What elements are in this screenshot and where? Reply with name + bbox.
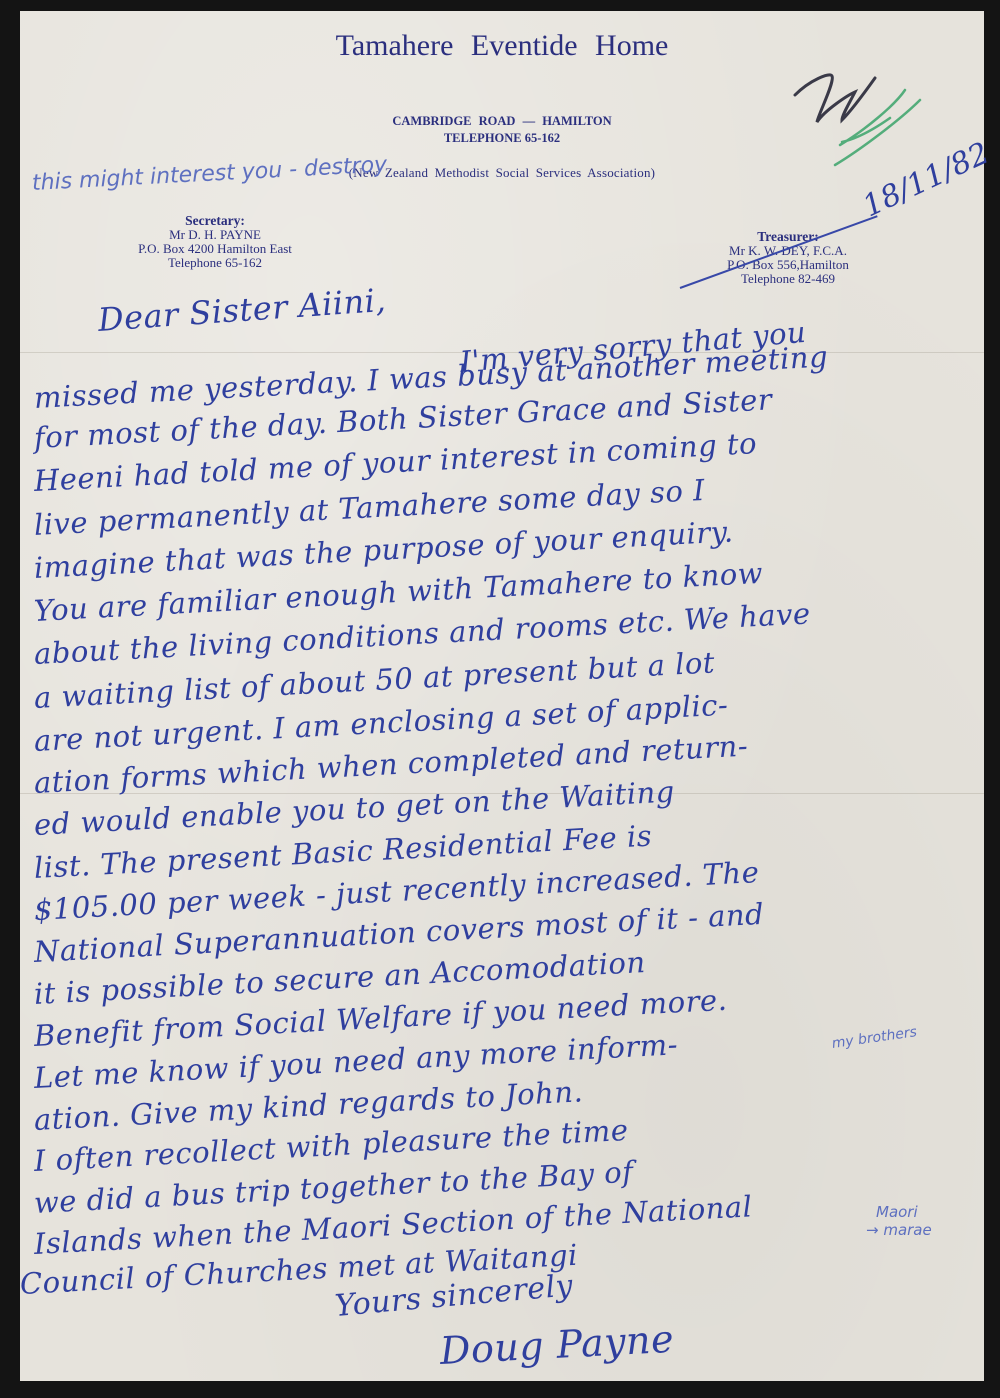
treasurer-role: Treasurer: (688, 230, 888, 244)
margin-note-line1: Maori (876, 1203, 918, 1221)
insert-above-line: my brothers (831, 1024, 918, 1052)
treasurer-block: Treasurer: Mr K. W. DEY, F.C.A. P.O. Box… (688, 230, 888, 286)
top-note-annotation: this might interest you - destroy (31, 152, 387, 196)
signature: Doug Payne (439, 1317, 675, 1373)
treasurer-address: P.O. Box 556,Hamilton (688, 258, 888, 272)
salutation: Dear Sister Aiini, (97, 281, 388, 339)
initials-mark-icon (780, 60, 940, 180)
letter-page: Tamahere Eventide Home CAMBRIDGE ROAD — … (20, 11, 984, 1381)
margin-note-line2: → marae (866, 1221, 932, 1239)
secretary-block: Secretary: Mr D. H. PAYNE P.O. Box 4200 … (105, 214, 325, 270)
secretary-name: Mr D. H. PAYNE (105, 228, 325, 242)
secretary-telephone: Telephone 65-162 (105, 256, 325, 270)
secretary-address: P.O. Box 4200 Hamilton East (105, 242, 325, 256)
letterhead-title: Tamahere Eventide Home (20, 29, 984, 63)
treasurer-name: Mr K. W. DEY, F.C.A. (688, 244, 888, 258)
secretary-role: Secretary: (105, 214, 325, 228)
